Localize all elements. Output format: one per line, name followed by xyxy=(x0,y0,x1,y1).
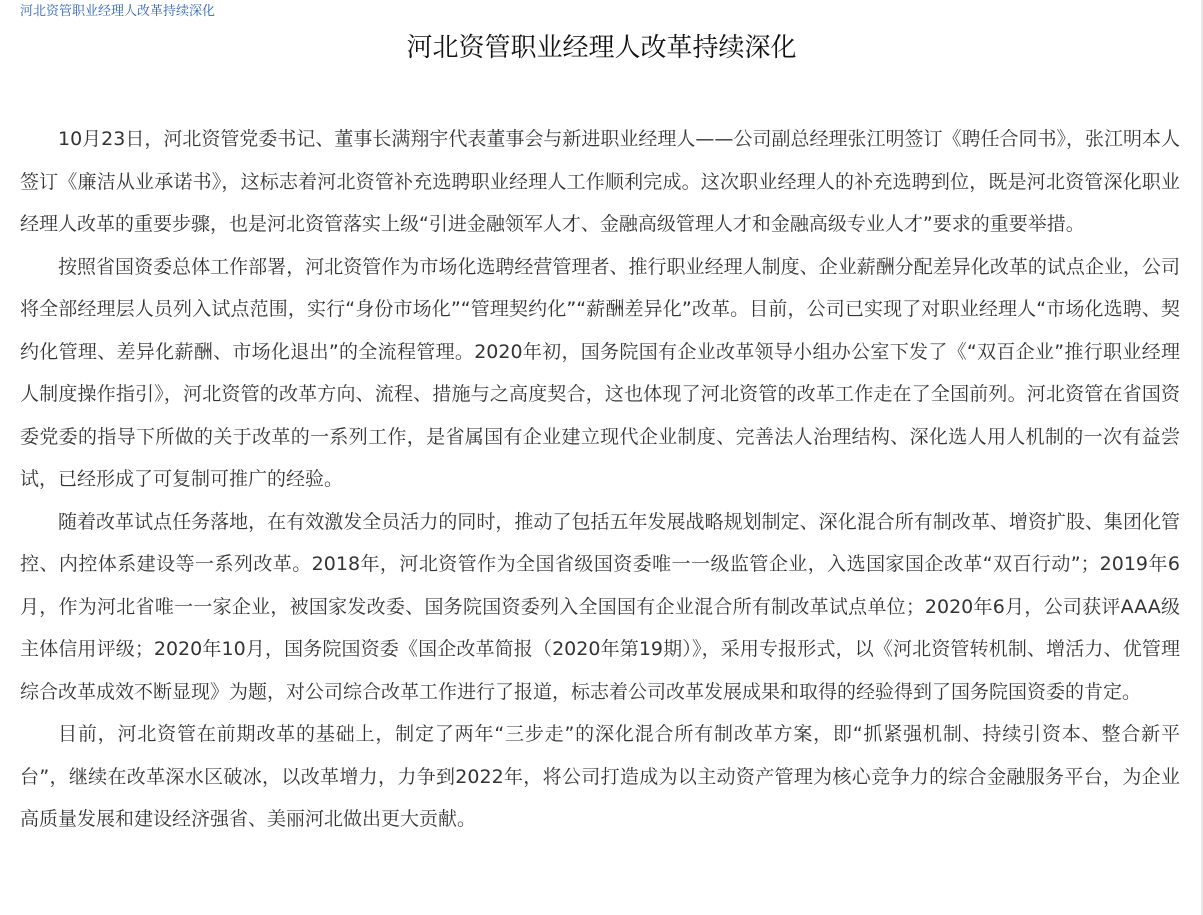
article-paragraph: 按照省国资委总体工作部署，河北资管作为市场化选聘经营管理者、推行职业经理人制度、… xyxy=(20,246,1180,501)
breadcrumb-link[interactable]: 河北资管职业经理人改革持续深化 xyxy=(20,4,215,20)
article-paragraph: 10月23日，河北资管党委书记、董事长满翔宇代表董事会与新进职业经理人——公司副… xyxy=(20,118,1180,246)
article-paragraph: 随着改革试点任务落地，在有效激发全员活力的同时，推动了包括五年发展战略规划制定、… xyxy=(20,501,1180,714)
article-title: 河北资管职业经理人改革持续深化 xyxy=(0,28,1203,68)
article-paragraph: 目前，河北资管在前期改革的基础上，制定了两年“三步走”的深化混合所有制改革方案，… xyxy=(20,713,1180,841)
article-body: 10月23日，河北资管党委书记、董事长满翔宇代表董事会与新进职业经理人——公司副… xyxy=(20,118,1180,841)
